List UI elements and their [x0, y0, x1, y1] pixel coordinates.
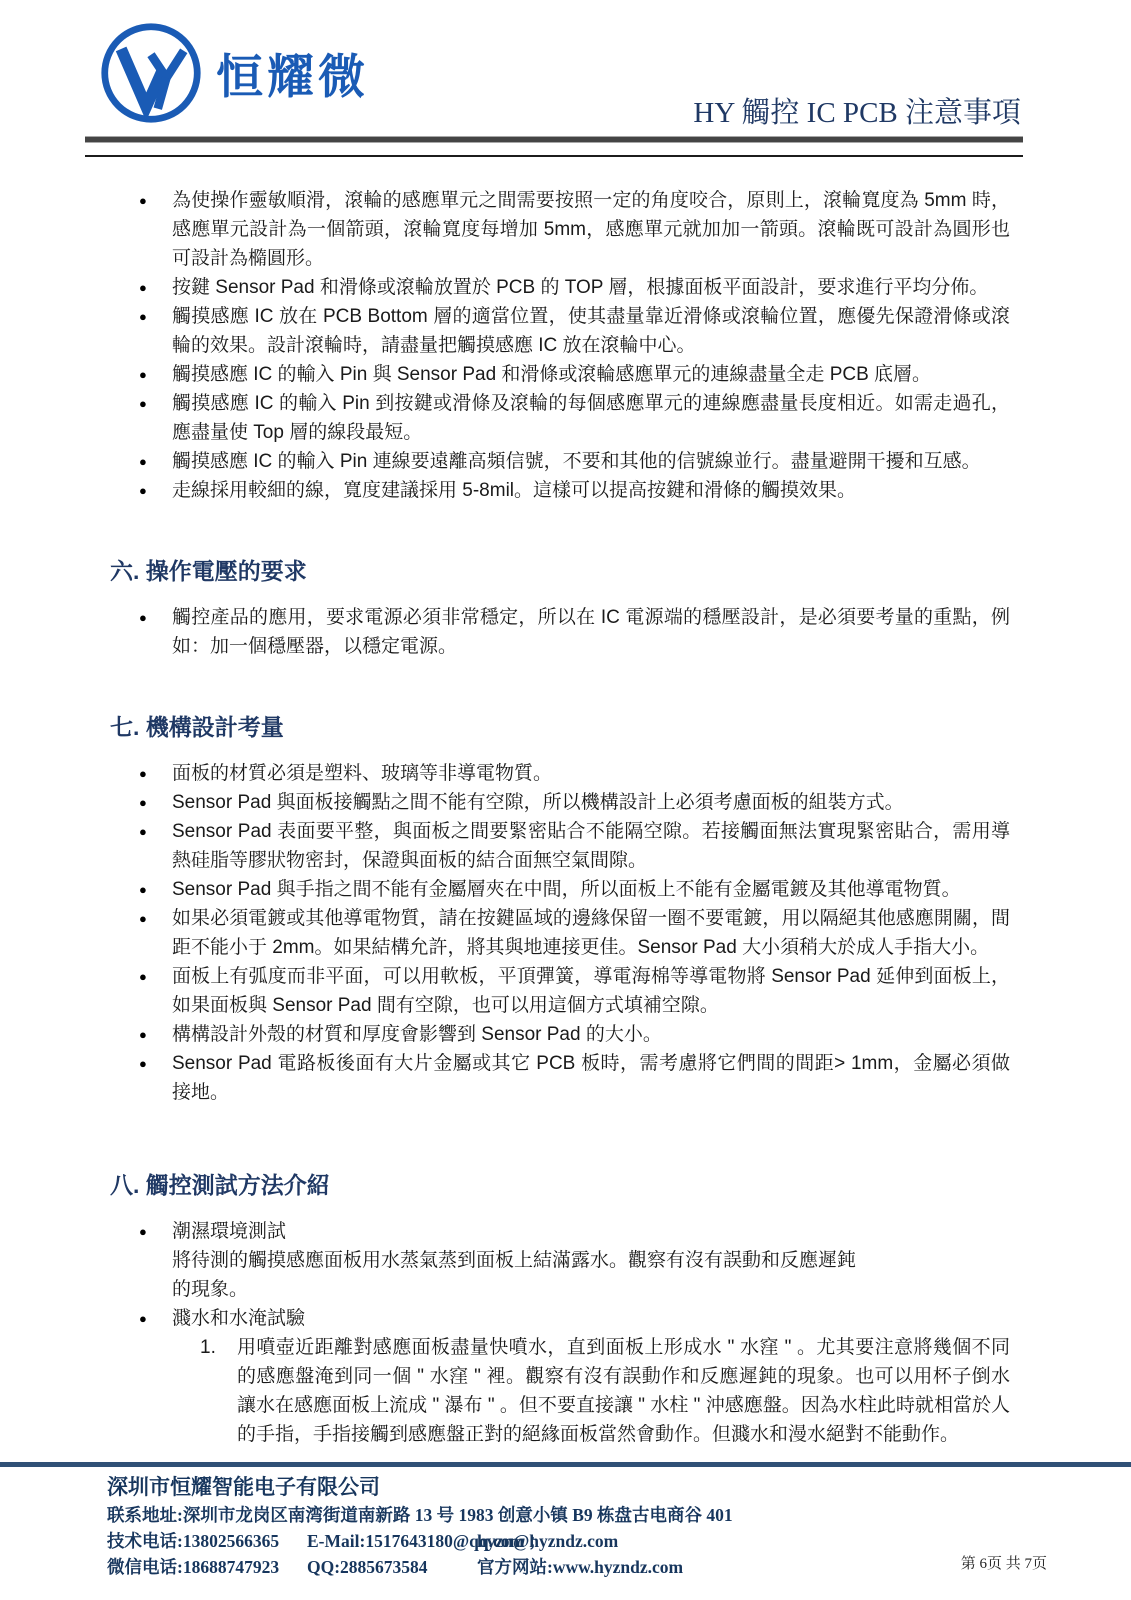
bullet-item: 構構設計外殼的材質和厚度會影響到 Sensor Pad 的大小。: [172, 1020, 1010, 1049]
header-rule-thin: [85, 155, 1023, 157]
section-heading: 八. 觸控測試方法介紹: [110, 1167, 1010, 1200]
bullet-text: 濺水和水淹試驗: [172, 1308, 305, 1329]
company-logo: 恒耀微: [98, 20, 369, 126]
section-heading: 六. 操作電壓的要求: [110, 553, 1010, 586]
bullet-text: Sensor Pad 表面要平整，與面板之間要緊密貼合不能隔空隙。若接觸面無法實…: [172, 821, 1010, 871]
bullet-item: 按鍵 Sensor Pad 和滑條或滾輪放置於 PCB 的 TOP 層，根據面板…: [172, 273, 1010, 302]
contact-item: 微信电话:18688747923: [107, 1554, 307, 1580]
bullet-item: 走線採用較細的線，寬度建議採用 5-8mil。這樣可以提高按鍵和滑條的觸摸效果。: [172, 476, 1010, 505]
numbered-item-index: 1.: [200, 1333, 237, 1449]
intro-bullet-list: 為使操作靈敏順滑，滾輪的感應單元之間需要按照一定的角度咬合，原則上，滾輪寬度為 …: [172, 186, 1010, 505]
document-section: 七. 機構設計考量面板的材質必須是塑料、玻璃等非導電物質。Sensor Pad …: [172, 709, 1010, 1107]
page-number: 第 6页 共 7页: [961, 1552, 1047, 1573]
bullet-item: 面板上有弧度而非平面，可以用軟板，平頂彈簧，導電海棉等導電物將 Sensor P…: [172, 962, 1010, 1020]
bullet-text: 觸摸感應 IC 的輸入 Pin 與 Sensor Pad 和滑條或滾輪感應單元的…: [172, 364, 931, 385]
header-rule-thick: [85, 136, 1023, 143]
bullet-item: 觸摸感應 IC 放在 PCB Bottom 層的適當位置，使其盡量靠近滑條或滾輪…: [172, 302, 1010, 360]
bullet-text: 面板的材質必須是塑料、玻璃等非導電物質。: [172, 763, 552, 784]
bullet-text: 如果必須電鍍或其他導電物質，請在按鍵區域的邊緣保留一圈不要電鍍，用以隔絕其他感應…: [172, 908, 1010, 958]
bullet-item: 潮濕環境測試將待測的觸摸感應面板用水蒸氣蒸到面板上結滿露水。觀察有沒有誤動和反應…: [172, 1217, 1010, 1304]
bullet-text: 觸摸感應 IC 的輸入 Pin 到按鍵或滑條及滾輪的每個感應單元的連線應盡量長度…: [172, 393, 1010, 443]
bullet-item: Sensor Pad 表面要平整，與面板之間要緊密貼合不能隔空隙。若接觸面無法實…: [172, 817, 1010, 875]
bullet-item: 觸摸感應 IC 的輸入 Pin 到按鍵或滑條及滾輪的每個感應單元的連線應盡量長度…: [172, 389, 1010, 447]
bullet-item: Sensor Pad 電路板後面有大片金屬或其它 PCB 板時，需考慮將它們間的…: [172, 1049, 1010, 1107]
bullet-item: 觸摸感應 IC 的輸入 Pin 與 Sensor Pad 和滑條或滾輪感應單元的…: [172, 360, 1010, 389]
section-bullet-list: 面板的材質必須是塑料、玻璃等非導電物質。Sensor Pad 與面板接觸點之間不…: [172, 759, 1010, 1107]
sections: 六. 操作電壓的要求觸控產品的應用，要求電源必須非常穩定，所以在 IC 電源端的…: [172, 553, 1010, 1449]
continuation-line: 的現象。: [172, 1275, 1010, 1304]
bullet-item: 面板的材質必須是塑料、玻璃等非導電物質。: [172, 759, 1010, 788]
bullet-text: Sensor Pad 電路板後面有大片金屬或其它 PCB 板時，需考慮將它們間的…: [172, 1053, 1010, 1103]
section-bullet-list: 潮濕環境測試將待測的觸摸感應面板用水蒸氣蒸到面板上結滿露水。觀察有沒有誤動和反應…: [172, 1217, 1010, 1449]
bullet-text: 觸摸感應 IC 的輸入 Pin 連線要遠離高頻信號，不要和其他的信號線並行。盡量…: [172, 451, 981, 472]
company-name: 深圳市恒耀智能电子有限公司: [107, 1473, 1131, 1502]
bullet-text: 面板上有弧度而非平面，可以用軟板，平頂彈簧，導電海棉等導電物將 Sensor P…: [172, 966, 1010, 1016]
document-section: 六. 操作電壓的要求觸控產品的應用，要求電源必須非常穩定，所以在 IC 電源端的…: [172, 553, 1010, 661]
bullet-item: 觸摸感應 IC 的輸入 Pin 連線要遠離高頻信號，不要和其他的信號線並行。盡量…: [172, 447, 1010, 476]
numbered-item: 1.用噴壺近距離對感應面板盡量快噴水，直到面板上形成水 " 水窪 " 。尤其要注…: [172, 1333, 1010, 1449]
document-body: 為使操作靈敏順滑，滾輪的感應單元之間需要按照一定的角度咬合，原則上，滾輪寬度為 …: [0, 170, 1131, 1449]
contact-item: 技术电话:13802566365: [107, 1528, 307, 1554]
document-section: 八. 觸控測試方法介紹潮濕環境測試將待測的觸摸感應面板用水蒸氣蒸到面板上結滿露水…: [172, 1167, 1010, 1449]
bullet-item: Sensor Pad 與手指之間不能有金屬層夾在中間，所以面板上不能有金屬電鍍及…: [172, 875, 1010, 904]
section-heading: 七. 機構設計考量: [110, 709, 1010, 742]
contact-item: QQ:2885673584: [307, 1554, 477, 1580]
bullet-item: 觸控產品的應用，要求電源必須非常穩定，所以在 IC 電源端的穩壓設計，是必須要考…: [172, 603, 1010, 661]
contact-item: hyzn@hyzndz.com: [477, 1528, 1131, 1554]
bullet-text: Sensor Pad 與面板接觸點之間不能有空隙，所以機構設計上必須考慮面板的組…: [172, 792, 904, 813]
company-address: 联系地址:深圳市龙岗区南湾街道南新路 13 号 1983 创意小镇 B9 栋盘古…: [107, 1502, 1131, 1528]
document-page: 恒耀微 HY 觸控 IC PCB 注意事項 為使操作靈敏順滑，滾輪的感應單元之間…: [0, 0, 1131, 1600]
bullet-text: 觸摸感應 IC 放在 PCB Bottom 層的適當位置，使其盡量靠近滑條或滾輪…: [172, 306, 1010, 356]
bullet-text: 觸控產品的應用，要求電源必須非常穩定，所以在 IC 電源端的穩壓設計，是必須要考…: [172, 607, 1010, 657]
numbered-item-text: 用噴壺近距離對感應面板盡量快噴水，直到面板上形成水 " 水窪 " 。尤其要注意將…: [237, 1333, 1010, 1449]
section-bullet-list: 觸控產品的應用，要求電源必須非常穩定，所以在 IC 電源端的穩壓設計，是必須要考…: [172, 603, 1010, 661]
bullet-text: Sensor Pad 與手指之間不能有金屬層夾在中間，所以面板上不能有金屬電鍍及…: [172, 879, 961, 900]
contact-row: 技术电话:13802566365E-Mail:1517643180@qq.com…: [107, 1528, 1131, 1554]
page-header: 恒耀微 HY 觸控 IC PCB 注意事項: [0, 0, 1131, 170]
bullet-text: 潮濕環境測試: [172, 1221, 286, 1242]
continuation-line: 將待測的觸摸感應面板用水蒸氣蒸到面板上結滿露水。觀察有沒有誤動和反應遲鈍: [172, 1246, 1010, 1275]
contact-item: E-Mail:1517643180@qq.com ；: [307, 1528, 477, 1554]
bullet-text: 走線採用較細的線，寬度建議採用 5-8mil。這樣可以提高按鍵和滑條的觸摸效果。: [172, 480, 856, 501]
page-footer: 深圳市恒耀智能电子有限公司 联系地址:深圳市龙岗区南湾街道南新路 13 号 19…: [0, 1462, 1131, 1600]
bullet-item: Sensor Pad 與面板接觸點之間不能有空隙，所以機構設計上必須考慮面板的組…: [172, 788, 1010, 817]
logo-mark-icon: [98, 20, 204, 126]
bullet-item: 為使操作靈敏順滑，滾輪的感應單元之間需要按照一定的角度咬合，原則上，滾輪寬度為 …: [172, 186, 1010, 273]
bullet-text: 為使操作靈敏順滑，滾輪的感應單元之間需要按照一定的角度咬合，原則上，滾輪寬度為 …: [172, 190, 1010, 269]
bullet-text: 按鍵 Sensor Pad 和滑條或滾輪放置於 PCB 的 TOP 層，根據面板…: [172, 277, 988, 298]
bullet-item: 如果必須電鍍或其他導電物質，請在按鍵區域的邊緣保留一圈不要電鍍，用以隔絕其他感應…: [172, 904, 1010, 962]
bullet-text: 構構設計外殼的材質和厚度會影響到 Sensor Pad 的大小。: [172, 1024, 662, 1045]
document-title: HY 觸控 IC PCB 注意事項: [693, 90, 1021, 131]
bullet-item: 濺水和水淹試驗1.用噴壺近距離對感應面板盡量快噴水，直到面板上形成水 " 水窪 …: [172, 1304, 1010, 1449]
logo-text: 恒耀微: [216, 40, 369, 107]
